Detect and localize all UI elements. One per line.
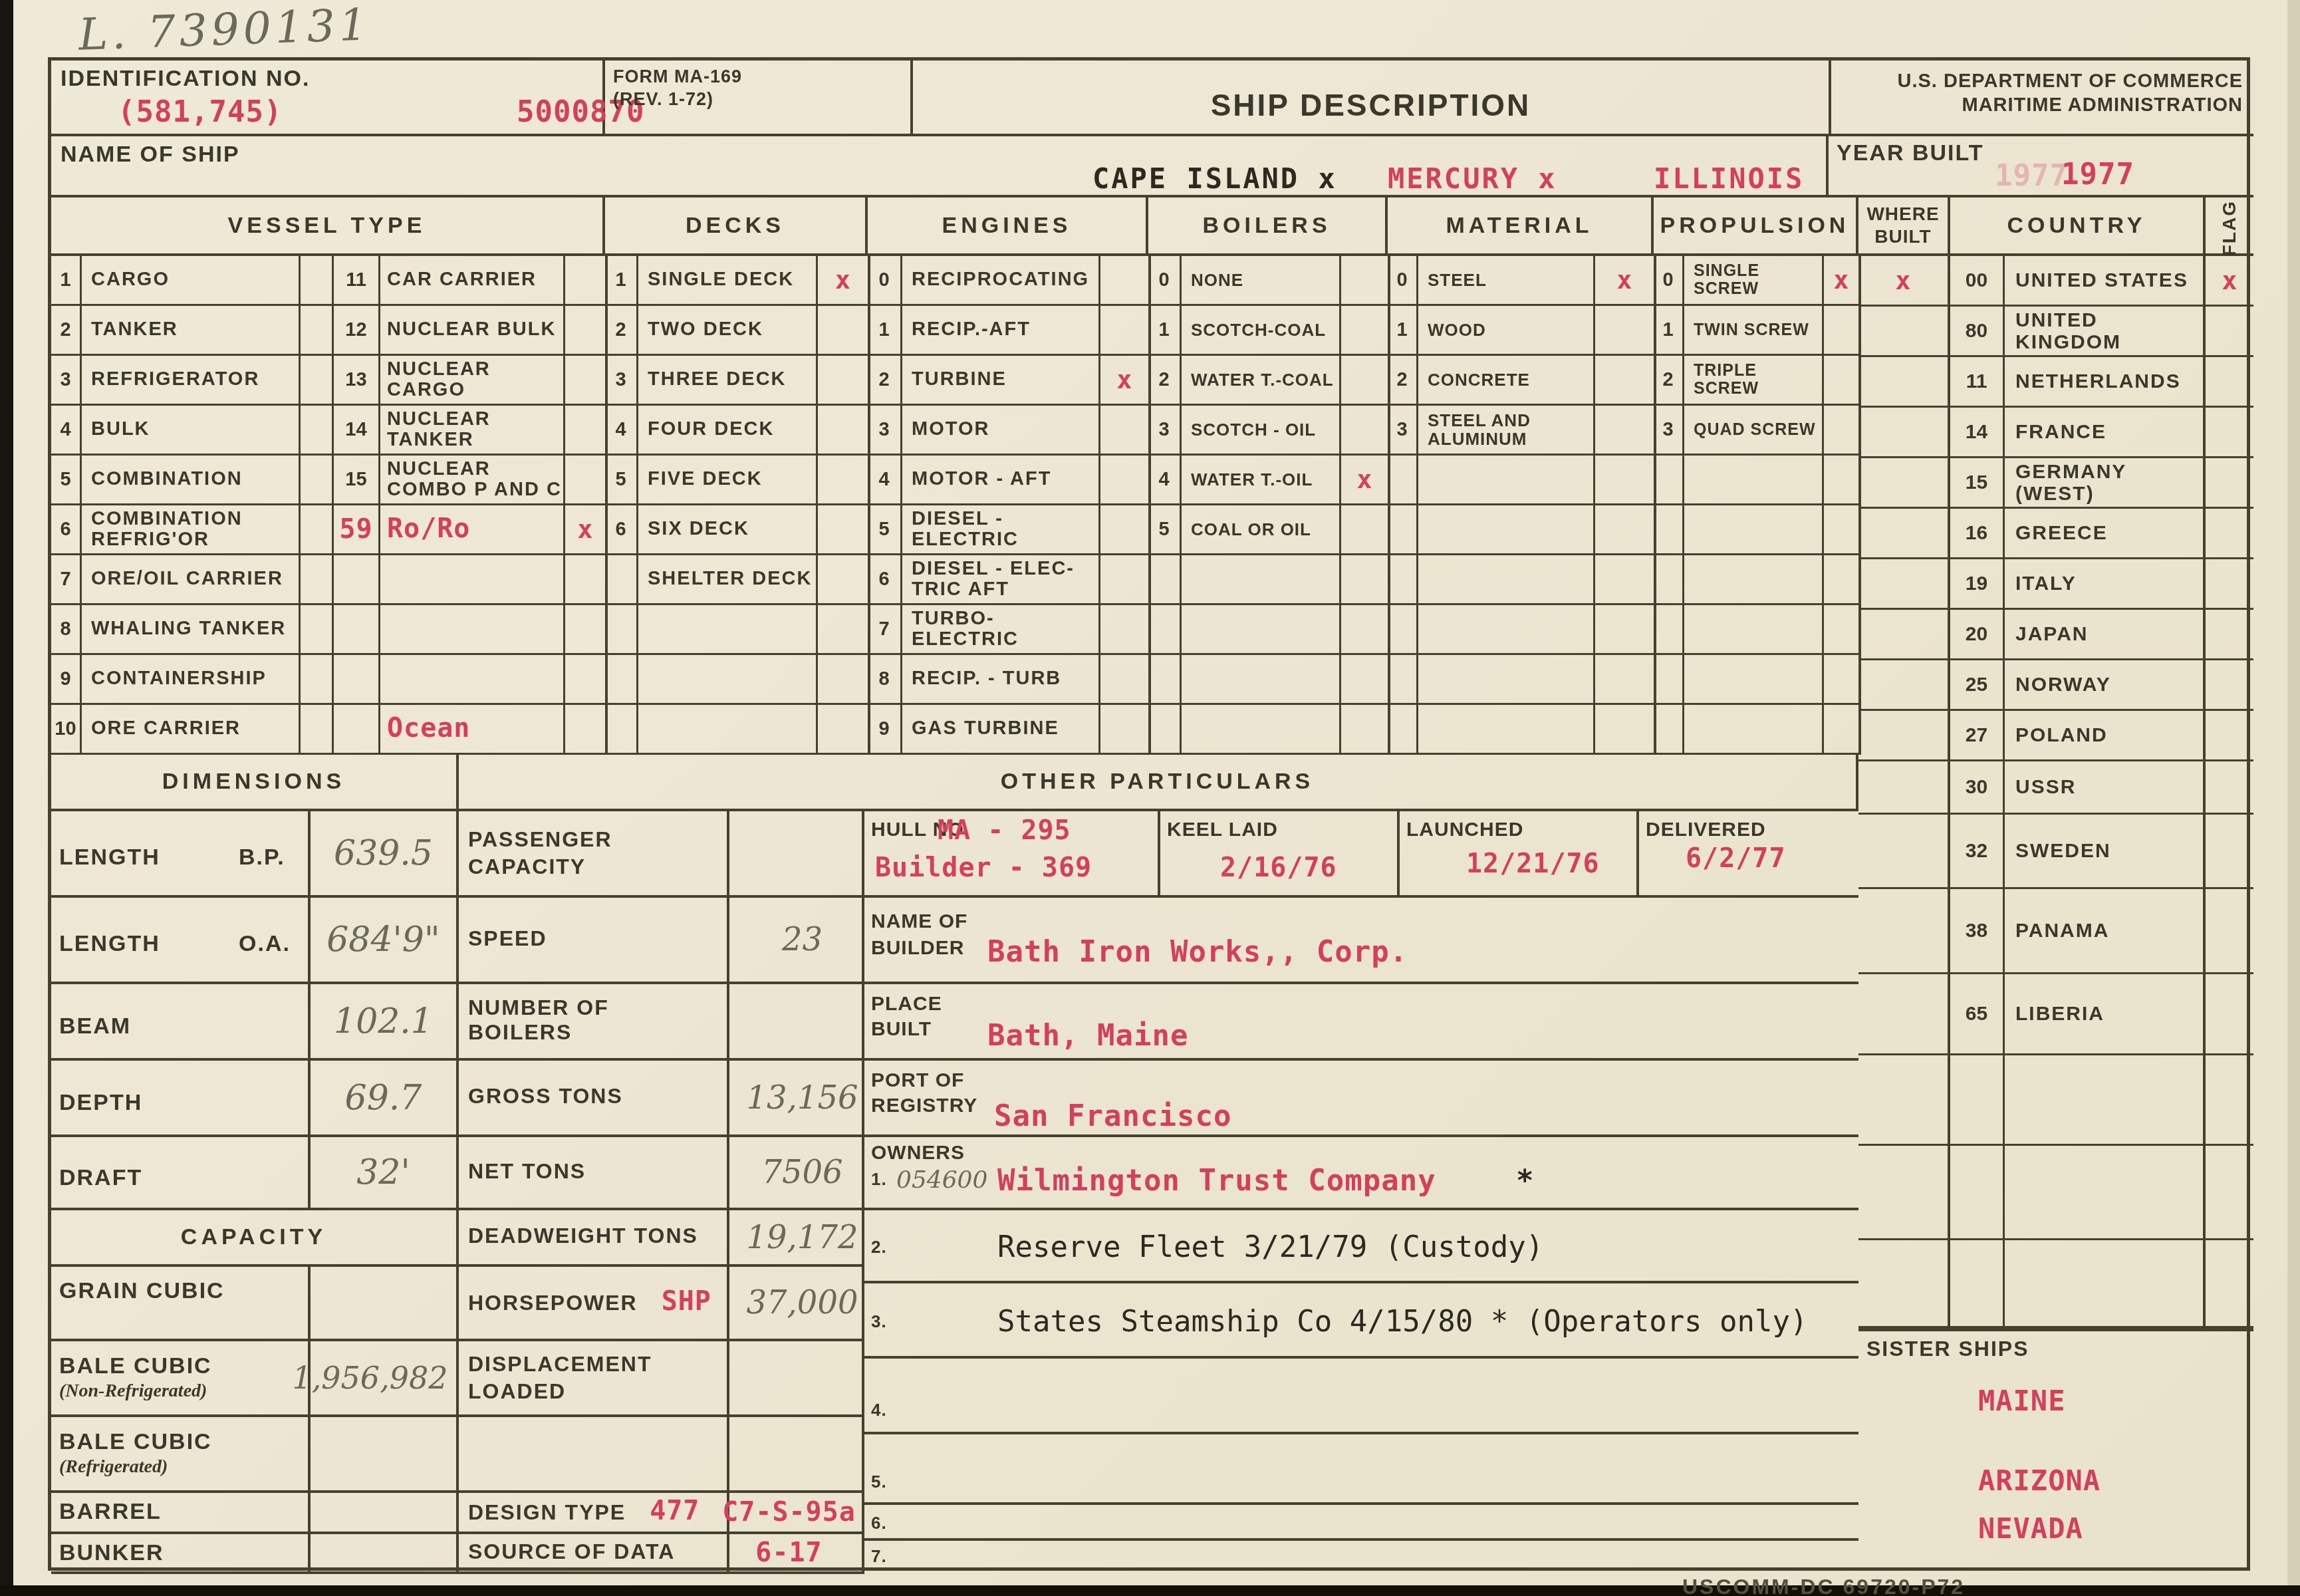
check-mark <box>1595 306 1654 354</box>
owner-2-value: Reserve Fleet 3/21/79 (Custody) <box>997 1230 1543 1264</box>
owner-row-2: 2. Reserve Fleet 3/21/79 (Custody) <box>864 1210 1858 1283</box>
owner-6-cell: 6. <box>864 1505 1858 1538</box>
dimension-value: 684'9" <box>311 898 459 982</box>
table-row <box>1654 705 1858 755</box>
row-number: 3 <box>1654 406 1684 454</box>
table-row <box>1654 505 1858 555</box>
row-number <box>1388 605 1418 653</box>
country-name: UNITED KINGDOM <box>2005 307 2206 355</box>
handwritten-value: 19,172 <box>747 1219 858 1256</box>
check-mark <box>818 306 868 354</box>
row-number: 2 <box>605 306 638 354</box>
table-row: 11 NETHERLANDS <box>1858 357 2253 408</box>
table-row: 6 DIESEL - ELEC-TRIC AFT <box>868 555 1148 605</box>
check-mark <box>1824 356 1858 404</box>
year-built-value: 1977 <box>2061 158 2134 192</box>
row-number: 6 <box>51 505 82 553</box>
row-number: 4 <box>868 456 902 503</box>
check-mark <box>1595 356 1654 404</box>
flag-check-mark <box>2206 610 2253 658</box>
row-label: GAS TURBINE <box>902 705 1100 753</box>
table-row: 9 GAS TURBINE <box>868 705 1148 755</box>
check-mark <box>1595 505 1654 553</box>
table-row: 30 USSR <box>1858 761 2253 815</box>
country-code: 00 <box>1950 256 2005 305</box>
row-number <box>1148 555 1182 603</box>
row-number: 9 <box>51 655 82 703</box>
red-stamp: 477 <box>650 1496 700 1526</box>
row-label-2: Ocean <box>380 705 565 753</box>
particular-value: 19,172 <box>729 1210 864 1264</box>
sister-ship-2: ARIZONA <box>1978 1464 2101 1497</box>
sister-ship-1: MAINE <box>1978 1385 2065 1417</box>
row-number: 3 <box>51 356 82 404</box>
check-cell <box>301 605 334 653</box>
capacity-label-cell: BALE CUBIC (Non-Refrigerated) <box>51 1341 311 1414</box>
dimension-label: DRAFT <box>59 1165 142 1191</box>
country-name: PANAMA <box>2005 889 2206 972</box>
check-mark <box>1595 655 1654 703</box>
capacity-title: CAPACITY <box>181 1224 326 1250</box>
check-mark <box>1824 306 1858 354</box>
country-header: COUNTRY <box>1950 198 2206 256</box>
sister-ships-box: SISTER SHIPS MAINE ARIZONA NEVADA <box>1858 1328 2253 1574</box>
particular-label: DISPLACEMENT <box>468 1352 652 1377</box>
check-mark <box>1341 705 1388 753</box>
table-row: SOURCE OF DATA 6-17 <box>459 1534 864 1574</box>
particular-label: DEADWEIGHT TONS <box>468 1224 698 1248</box>
particular-label-cell <box>459 1417 729 1490</box>
flag-check-mark <box>2206 307 2253 355</box>
table-row: 1 SINGLE DECK x <box>605 256 868 306</box>
row-number: 1 <box>1148 306 1182 354</box>
scan-edge-left <box>0 0 13 1596</box>
row-number: 2 <box>1654 356 1684 404</box>
row-label: RECIPROCATING <box>902 256 1100 304</box>
table-row: 5 FIVE DECK <box>605 456 868 505</box>
capacity-value: 1,956,982 <box>311 1341 459 1414</box>
check-mark <box>818 705 868 753</box>
table-row <box>605 655 868 705</box>
where-built-check-mark <box>1858 307 1950 355</box>
owner-3-cell: 3. States Steamship Co 4/15/80 * (Operat… <box>864 1283 1858 1356</box>
country-code: 20 <box>1950 610 2005 658</box>
country-code: 15 <box>1950 458 2005 507</box>
handwritten-value: 13,156 <box>747 1079 858 1117</box>
print-code: USCOMM-DC 69720-P72 <box>1682 1575 1965 1596</box>
flag-header: FLAG <box>2206 198 2253 256</box>
row-label: CONTAINERSHIP <box>82 655 301 703</box>
row-label: COMBINATION <box>82 456 301 503</box>
check-mark <box>1341 505 1388 553</box>
table-row: 1 CARGO 11 CAR CARRIER <box>51 256 605 306</box>
engines-header: ENGINES <box>868 198 1148 256</box>
row-number: 0 <box>1654 256 1684 304</box>
delivered-label: DELIVERED <box>1646 818 1766 842</box>
row-label: TWIN SCREW <box>1684 306 1824 354</box>
country-code: 16 <box>1950 509 2005 557</box>
agency-box: U.S. DEPARTMENT OF COMMERCE MARITIME ADM… <box>1829 61 2253 136</box>
row-number: 3 <box>605 356 638 404</box>
check-mark: x <box>1100 356 1148 404</box>
particular-label-cell: NUMBER OF BOILERS <box>459 984 729 1058</box>
hull-no-value-2: Builder - 369 <box>875 853 1092 883</box>
dimension-value: 102.1 <box>311 984 459 1058</box>
handwritten-value: 69.7 <box>345 1078 422 1118</box>
row-number <box>1148 705 1182 753</box>
table-row: BALE CUBIC (Refrigerated) <box>51 1417 459 1493</box>
table-row <box>1858 1240 2253 1328</box>
row-number <box>605 605 638 653</box>
country-code: 25 <box>1950 660 2005 709</box>
check-cell <box>301 456 334 503</box>
where-built-check-mark <box>1858 974 1950 1053</box>
flag-check-mark <box>2206 761 2253 813</box>
row-number: 9 <box>868 705 902 753</box>
identification-value-1: (581,745) <box>118 95 282 129</box>
check-mark <box>565 655 605 703</box>
handwritten-value: 37,000 <box>747 1284 858 1321</box>
handwritten-value: 102.1 <box>334 1001 433 1041</box>
row-number <box>1388 456 1418 503</box>
check-mark <box>1595 555 1654 603</box>
owner-row-3: 3. States Steamship Co 4/15/80 * (Operat… <box>864 1283 1858 1359</box>
builder-label-1: NAME OF <box>871 910 967 934</box>
vessel-type-table: 1 CARGO 11 CAR CARRIER 2 TANKER 12 NUCLE… <box>51 256 608 755</box>
row-label <box>638 655 818 703</box>
row-label: TURBO-ELECTRIC <box>902 605 1100 653</box>
form-number-line1: FORM MA-169 <box>613 66 742 87</box>
where-built-check-mark <box>1858 408 1950 456</box>
dimension-value: 32' <box>311 1137 459 1208</box>
particular-label: DESIGN TYPE <box>468 1500 626 1525</box>
owner-1-cell: OWNERS 1. 054600 Wilmington Trust Compan… <box>864 1137 1858 1208</box>
check-mark <box>1100 505 1148 553</box>
particular-label-cell: SPEED <box>459 898 729 982</box>
check-mark <box>1100 705 1148 753</box>
row-label <box>1182 555 1341 603</box>
capacity-value <box>311 1493 459 1531</box>
year-built-box: YEAR BUILT 1977 1977 <box>1829 136 2253 198</box>
row-label: MOTOR <box>902 406 1100 454</box>
table-row: NET TONS 7506 <box>459 1137 864 1210</box>
row-number <box>1388 705 1418 753</box>
where-built-check-mark <box>1858 761 1950 813</box>
capacity-label: BARREL <box>59 1499 162 1525</box>
table-row <box>1388 705 1654 755</box>
handwritten-value: 1,956,982 <box>292 1360 447 1396</box>
country-code: 14 <box>1950 408 2005 456</box>
dimension-value: 639.5 <box>311 811 459 895</box>
other-particulars-table: HULL NO. MA - 295 Builder - 369 KEEL LAI… <box>864 811 1858 1574</box>
dimension-sublabel: O.A. <box>239 931 291 957</box>
row-number: 1 <box>51 256 82 304</box>
check-mark <box>565 356 605 404</box>
particular-label: NUMBER OF BOILERS <box>468 996 703 1045</box>
row-label: TURBINE <box>902 356 1100 404</box>
particular-label-2: CAPACITY <box>468 855 727 879</box>
form-title: SHIP DESCRIPTION <box>913 87 1829 123</box>
country-code <box>1950 1240 2005 1326</box>
country-code <box>1950 1146 2005 1238</box>
table-row: 6 SIX DECK <box>605 505 868 555</box>
launched-label: LAUNCHED <box>1406 818 1523 842</box>
table-row: 6 COMBINATION REFRIG'OR 59 Ro/Ro x <box>51 505 605 555</box>
row-number: 3 <box>1148 406 1182 454</box>
capacity-label-cell: BALE CUBIC (Refrigerated) <box>51 1417 311 1490</box>
country-name: NORWAY <box>2005 660 2206 709</box>
row-number <box>1654 456 1684 503</box>
check-mark <box>1341 306 1388 354</box>
particular-label-cell: DEADWEIGHT TONS <box>459 1210 729 1264</box>
row-label-2: Ro/Ro <box>380 505 565 553</box>
particular-label: PASSENGER <box>468 827 612 852</box>
where-built-check-mark <box>1858 1055 1950 1144</box>
check-mark <box>1824 555 1858 603</box>
row-label-2: NUCLEAR BULK <box>380 306 565 354</box>
paper-edge-right <box>2287 0 2300 1596</box>
row-number: 4 <box>51 406 82 454</box>
particular-value <box>729 811 864 895</box>
name-of-ship-box: NAME OF SHIP CAPE ISLAND x MERCURY x ILL… <box>51 136 1829 198</box>
where-built-header: WHERE BUILT <box>1858 198 1950 256</box>
red-value: 6-17 <box>755 1537 822 1568</box>
country-name <box>2005 1240 2206 1326</box>
particular-label: SPEED <box>468 926 547 951</box>
particular-label-cell: GROSS TONS <box>459 1061 729 1134</box>
material-header: MATERIAL <box>1388 198 1654 256</box>
row-number: 3 <box>868 406 902 454</box>
row-label <box>1182 605 1341 653</box>
check-mark <box>1100 406 1148 454</box>
form-number-box: FORM MA-169 (REV. 1-72) <box>605 61 913 136</box>
row-label: BULK <box>82 406 301 454</box>
country-name: POLAND <box>2005 711 2206 759</box>
row-number: 5 <box>605 456 638 503</box>
row-label: COMBINATION REFRIG'OR <box>82 505 301 553</box>
row-number: 1 <box>868 306 902 354</box>
table-row <box>1388 605 1654 655</box>
handwritten-value: 639.5 <box>334 833 433 873</box>
row-number <box>1654 605 1684 653</box>
row-number <box>1148 605 1182 653</box>
check-mark <box>1100 605 1148 653</box>
check-mark <box>565 605 605 653</box>
row-label <box>1418 505 1595 553</box>
vessel-type-title: VESSEL TYPE <box>228 213 426 239</box>
red-stamp: SHP <box>662 1286 711 1317</box>
particular-value <box>729 1341 864 1414</box>
row-number <box>1654 655 1684 703</box>
table-row: GROSS TONS 13,156 <box>459 1061 864 1137</box>
table-row: HORSEPOWERSHP 37,000 <box>459 1267 864 1341</box>
capacity-label: BALE CUBIC <box>59 1353 212 1379</box>
country-name: UNITED STATES <box>2005 256 2206 305</box>
particular-label: SOURCE OF DATA <box>468 1539 675 1564</box>
check-cell <box>301 356 334 404</box>
ship-name-former: CAPE ISLAND x <box>1092 162 1337 195</box>
table-row: 3 MOTOR <box>868 406 1148 456</box>
flag-title: FLAG <box>2219 200 2240 256</box>
row-number: 6 <box>868 555 902 603</box>
country-name: SWEDEN <box>2005 815 2206 887</box>
builder-row: NAME OF BUILDER Bath Iron Works,, Corp. <box>864 898 1858 984</box>
check-mark <box>1824 705 1858 753</box>
table-row: 2 TANKER 12 NUCLEAR BULK <box>51 306 605 356</box>
table-row: x 00 UNITED STATES x <box>1858 256 2253 307</box>
row-number: 5 <box>1148 505 1182 553</box>
capacity-label: BALE CUBIC <box>59 1429 212 1455</box>
check-mark: x <box>1341 456 1388 503</box>
dimensions-table: LENGTH B.P. 639.5 LENGTH O.A. 684'9" B <box>51 811 459 1574</box>
place-built-label-2: BUILT <box>871 1017 932 1041</box>
check-mark <box>1100 555 1148 603</box>
country-code: 38 <box>1950 889 2005 972</box>
hull-no-cell: HULL NO. MA - 295 Builder - 369 <box>864 811 1160 895</box>
check-mark <box>1824 406 1858 454</box>
check-mark <box>1595 456 1654 503</box>
country-name: LIBERIA <box>2005 974 2206 1053</box>
row-number-2: 14 <box>334 406 380 454</box>
table-row: 4 BULK 14 NUCLEAR TANKER <box>51 406 605 456</box>
table-row: 4 WATER T.-OIL x <box>1148 456 1388 505</box>
row-number: 6 <box>605 505 638 553</box>
owner-5-cell: 5. <box>864 1434 1858 1502</box>
row-number <box>1654 705 1684 753</box>
table-row: 1 RECIP.-AFT <box>868 306 1148 356</box>
table-row: 0 STEEL x <box>1388 256 1654 306</box>
delivered-cell: DELIVERED 6/2/77 <box>1639 811 1858 895</box>
row-label: WATER T.-COAL <box>1182 356 1341 404</box>
check-cell <box>301 705 334 753</box>
propulsion-header: PROPULSION <box>1654 198 1858 256</box>
boilers-header: BOILERS <box>1148 198 1388 256</box>
row-number-2: 11 <box>334 256 380 304</box>
row-label: TRIPLE SCREW <box>1684 356 1824 404</box>
place-built-row: PLACE BUILT Bath, Maine <box>864 984 1858 1061</box>
table-row: 32 SWEDEN <box>1858 815 2253 889</box>
table-row <box>605 605 868 655</box>
where-built-check-mark <box>1858 357 1950 406</box>
table-row: DESIGN TYPE477 C7-S-95a <box>459 1493 864 1534</box>
place-built-cell: PLACE BUILT Bath, Maine <box>864 984 1858 1058</box>
country-name: GERMANY (WEST) <box>2005 458 2206 507</box>
other-particulars-title: OTHER PARTICULARS <box>1001 769 1315 795</box>
country-name: USSR <box>2005 761 2206 813</box>
row-label-2: NUCLEAR COMBO P AND C <box>380 456 565 503</box>
check-mark <box>1341 555 1388 603</box>
handwritten-value: 7506 <box>761 1154 842 1191</box>
engines-title: ENGINES <box>942 213 1071 239</box>
row-label <box>1418 456 1595 503</box>
owner-6-number: 6. <box>871 1513 887 1533</box>
table-row: 3 STEEL AND ALUMINUM <box>1388 406 1654 456</box>
country-title: COUNTRY <box>2007 213 2146 239</box>
where-built-check-mark <box>1858 1240 1950 1326</box>
table-row: 14 FRANCE <box>1858 408 2253 458</box>
builder-value: Bath Iron Works,, Corp. <box>987 935 1408 969</box>
country-code: 80 <box>1950 307 2005 355</box>
table-row <box>1654 605 1858 655</box>
engines-table: 0 RECIPROCATING 1 RECIP.-AFT 2 TURBINE x <box>868 256 1151 755</box>
row-label: NONE <box>1182 256 1341 304</box>
capacity-header-row: CAPACITY <box>51 1210 459 1267</box>
row-number <box>605 655 638 703</box>
flag-check-mark <box>2206 1055 2253 1144</box>
check-mark <box>565 705 605 753</box>
check-mark <box>1100 456 1148 503</box>
row-number: 0 <box>1388 256 1418 304</box>
owner-row-7: 7. <box>864 1541 1858 1574</box>
table-row: 2 TWO DECK <box>605 306 868 356</box>
where-built-check-mark: x <box>1858 256 1950 305</box>
country-table: x 00 UNITED STATES x 80 UNITED KINGDOM 1… <box>1858 256 2253 1328</box>
row-number: 4 <box>1148 456 1182 503</box>
check-mark <box>1595 605 1654 653</box>
owner-4-cell: 4. <box>864 1359 1858 1432</box>
check-mark <box>1824 655 1858 703</box>
keel-laid-label: KEEL LAID <box>1167 818 1278 842</box>
row-label: CARGO <box>82 256 301 304</box>
table-row: 3 THREE DECK <box>605 356 868 406</box>
flag-check-mark <box>2206 1240 2253 1326</box>
table-row: 3 QUAD SCREW <box>1654 406 1858 456</box>
row-number: 8 <box>868 655 902 703</box>
red-value: C7-S-95a <box>722 1497 856 1528</box>
row-number: 1 <box>1388 306 1418 354</box>
row-number: 3 <box>1388 406 1418 454</box>
row-label <box>1684 705 1824 753</box>
row-number: 0 <box>1148 256 1182 304</box>
country-code: 27 <box>1950 711 2005 759</box>
decks-title: DECKS <box>686 213 785 239</box>
owner-2-cell: 2. Reserve Fleet 3/21/79 (Custody) <box>864 1210 1858 1281</box>
country-code: 11 <box>1950 357 2005 406</box>
table-row: 1 TWIN SCREW <box>1654 306 1858 356</box>
table-row: 2 TRIPLE SCREW <box>1654 356 1858 406</box>
flag-check-mark: x <box>2206 256 2253 305</box>
row-label: FOUR DECK <box>638 406 818 454</box>
table-row: 10 ORE CARRIER Ocean <box>51 705 605 755</box>
scanned-form-sheet: L. 7390131 IDENTIFICATION NO. (581,745) … <box>0 0 2300 1596</box>
row-label-2: CAR CARRIER <box>380 256 565 304</box>
row-number <box>1148 655 1182 703</box>
decks-header: DECKS <box>605 198 868 256</box>
table-row <box>1148 555 1388 605</box>
country-name <box>2005 1055 2206 1144</box>
row-label <box>1684 456 1824 503</box>
country-code: 30 <box>1950 761 2005 813</box>
row-number-2: 12 <box>334 306 380 354</box>
check-mark <box>818 555 868 603</box>
row-number: 7 <box>51 555 82 603</box>
row-number: 1 <box>1654 306 1684 354</box>
check-mark <box>565 406 605 454</box>
table-row: GRAIN CUBIC <box>51 1267 459 1341</box>
table-row: LENGTH B.P. 639.5 <box>51 811 459 898</box>
launched-value: 12/21/76 <box>1466 849 1600 879</box>
dimension-label-cell: DRAFT <box>51 1137 311 1208</box>
where-built-check-mark <box>1858 509 1950 557</box>
dimension-value: 69.7 <box>311 1061 459 1134</box>
port-label-2: REGISTRY <box>871 1094 977 1118</box>
row-label <box>1684 555 1824 603</box>
table-row: 38 PANAMA <box>1858 889 2253 974</box>
table-row: 3 REFRIGERATOR 13 NUCLEAR CARGO <box>51 356 605 406</box>
table-row: 16 GREECE <box>1858 509 2253 559</box>
table-row: 5 COAL OR OIL <box>1148 505 1388 555</box>
row-number: 4 <box>605 406 638 454</box>
